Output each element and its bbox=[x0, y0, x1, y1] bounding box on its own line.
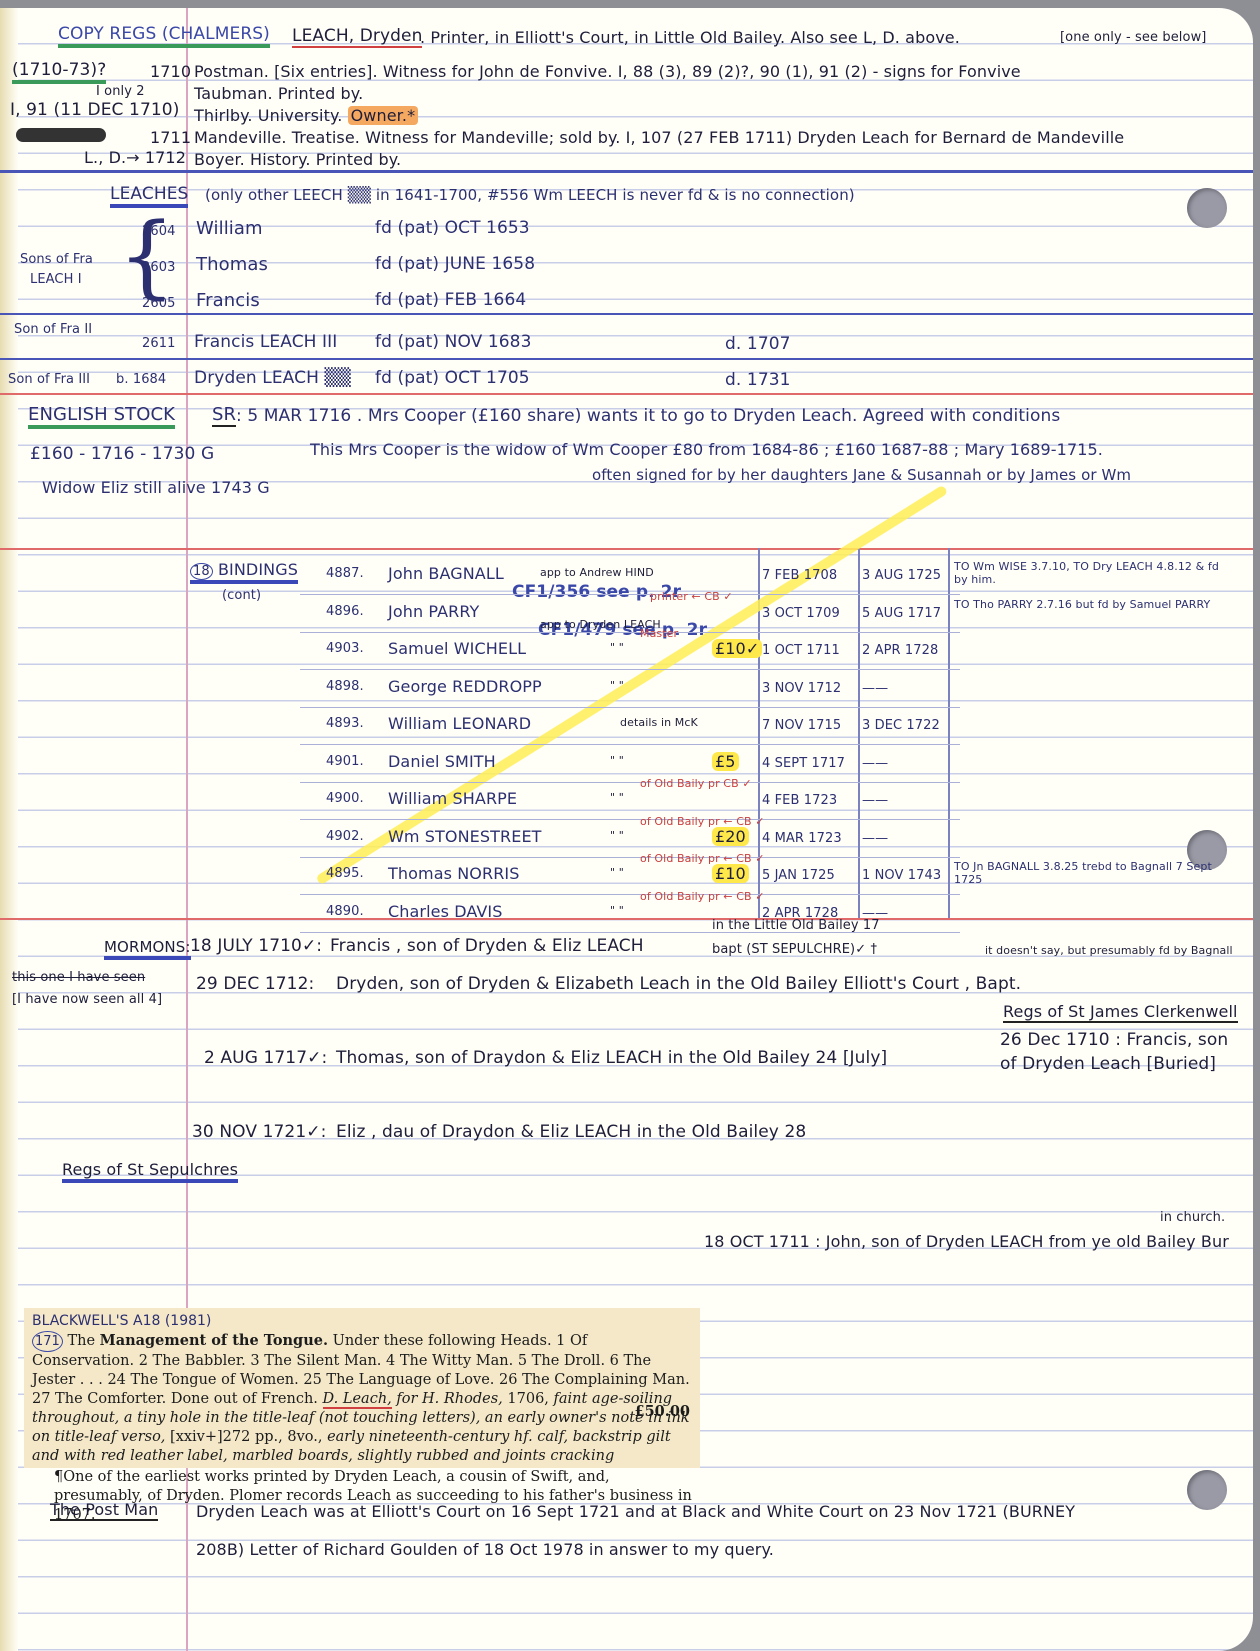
divider bbox=[0, 393, 1253, 395]
binding-freed-date: 3 AUG 1725 bbox=[862, 568, 941, 583]
leach-num: 2603 bbox=[142, 260, 175, 275]
years-note: I only 2 bbox=[96, 84, 145, 99]
binding-fee: £20 bbox=[712, 827, 749, 846]
mormon-entry-2-text: Dryden, son of Dryden & Elizabeth Leach … bbox=[336, 974, 1021, 994]
mormon-entry-1-text: Francis , son of Dryden & Eliz LEACH bbox=[330, 936, 644, 956]
entry-mandeville: Mandeville. Treatise. Witness for Mandev… bbox=[194, 128, 1124, 147]
entry-postman: Postman. [Six entries]. Witness for John… bbox=[194, 62, 1021, 81]
son-fra-ii-label: Son of Fra II bbox=[14, 322, 92, 337]
mormon-entry-4-date: 30 NOV 1721✓: bbox=[192, 1122, 326, 1142]
binding-red-note: Master bbox=[640, 627, 678, 640]
ld-ref: L., D.→ 1712 bbox=[84, 148, 186, 167]
lot-number: 171 bbox=[32, 1331, 63, 1352]
son-fra-iii-death: d. 1731 bbox=[725, 370, 791, 390]
leach-num: 2605 bbox=[142, 296, 175, 311]
sepulchres-heading: Regs of St Sepulchres bbox=[62, 1160, 238, 1183]
subject-description: . Printer, in Elliott's Court, in Little… bbox=[420, 28, 960, 47]
binding-note: " " bbox=[610, 754, 624, 767]
binding-bound-date: 1 OCT 1711 bbox=[762, 643, 840, 658]
mormon-entry-1-tail: bapt (ST SEPULCHRE)✓ † bbox=[712, 942, 877, 957]
stock-amount: £160 - 1716 - 1730 G bbox=[30, 444, 214, 464]
row-divider bbox=[300, 707, 960, 708]
divider bbox=[0, 358, 1253, 360]
row-divider bbox=[300, 744, 960, 745]
clipping-italic: for H. Rhodes, bbox=[392, 1391, 508, 1407]
binding-freed-date: 3 DEC 1722 bbox=[862, 718, 940, 733]
margin-strikethrough-note: this one I have seen bbox=[12, 970, 145, 985]
postman-line1: Dryden Leach was at Elliott's Court on 1… bbox=[196, 1502, 1075, 1521]
mormon-entry-1-date: 18 JULY 1710✓: bbox=[190, 936, 322, 956]
binding-num: 4895. bbox=[326, 866, 364, 881]
binding-freed-date: —— bbox=[862, 831, 888, 846]
divider bbox=[0, 918, 1253, 920]
mormons-label: MORMONS: bbox=[104, 938, 191, 960]
row-divider bbox=[300, 782, 960, 783]
pub-year: 1706, bbox=[507, 1391, 549, 1407]
binding-name: William SHARPE bbox=[388, 789, 517, 808]
subject-name: LEACH, Dryden bbox=[292, 26, 422, 48]
leach-name: Thomas bbox=[196, 254, 268, 275]
row-divider bbox=[300, 819, 960, 820]
pages: [xxiv+]272 pp., 8vo., bbox=[170, 1429, 322, 1445]
binding-freed-date: —— bbox=[862, 793, 888, 808]
son-fra-ii-status: fd (pat) NOV 1683 bbox=[375, 332, 532, 352]
binding-red-note: of Old Baily pr ← CB ✓ bbox=[640, 890, 765, 903]
binding-remark: TO Jn BAGNALL 3.8.25 trebd to Bagnall 7 … bbox=[954, 860, 1234, 886]
binding-red-note: of Old Baily pr CB ✓ bbox=[640, 777, 752, 790]
clipping-body: 171 The Management of the Tongue. Under … bbox=[32, 1331, 692, 1466]
binding-bound-date: 4 FEB 1723 bbox=[762, 793, 837, 808]
son-fra-ii-death: d. 1707 bbox=[725, 334, 791, 354]
english-stock-line2: This Mrs Cooper is the widow of Wm Coope… bbox=[310, 440, 1103, 459]
sepulchres-super: in church. bbox=[1160, 1210, 1225, 1225]
binding-name: Samuel WICHELL bbox=[388, 639, 526, 658]
binding-num: 4893. bbox=[326, 716, 364, 731]
title-prefix: The bbox=[67, 1333, 99, 1349]
binding-bound-date: 3 NOV 1712 bbox=[762, 681, 841, 696]
row-divider bbox=[300, 594, 960, 595]
binding-bound-date: 7 NOV 1715 bbox=[762, 718, 841, 733]
binding-red-note: of Old Baily pr ← CB ✓ bbox=[640, 815, 765, 828]
son-fra-ii-name: Francis LEACH III bbox=[194, 332, 337, 352]
binding-name: John BAGNALL bbox=[388, 564, 504, 583]
english-stock-line3: often signed for by her daughters Jane &… bbox=[592, 466, 1131, 484]
mormon-entry-1-super: in the Little Old Bailey 17 bbox=[712, 918, 880, 933]
leach-name: William bbox=[196, 218, 263, 239]
binding-bound-date: 5 JAN 1725 bbox=[762, 868, 835, 883]
binding-num: 4902. bbox=[326, 829, 364, 844]
group-label: Sons of Fra bbox=[20, 252, 93, 267]
clipping-header: BLACKWELL'S A18 (1981) bbox=[32, 1312, 692, 1331]
leach-status: fd (pat) FEB 1664 bbox=[375, 290, 526, 310]
binding-red-note: printer ← CB ✓ bbox=[650, 590, 733, 603]
binding-fee: £5 bbox=[712, 752, 739, 771]
divider bbox=[0, 548, 1253, 550]
ref-date: I, 91 (11 DEC 1710) bbox=[10, 100, 179, 120]
binding-note: details in McK bbox=[620, 716, 698, 729]
binding-freed-date: 1 NOV 1743 bbox=[862, 868, 941, 883]
punch-hole-top bbox=[1187, 188, 1227, 228]
mormon-entry-4-text: Eliz , dau of Draydon & Eliz LEACH in th… bbox=[336, 1122, 806, 1142]
son-fra-iii-label: Son of Fra III bbox=[8, 372, 90, 387]
binding-name: George REDDROPP bbox=[388, 677, 542, 696]
entry-thirlby: Thirlby. University. Owner.* bbox=[194, 106, 418, 125]
binding-bound-date: 4 SEPT 1717 bbox=[762, 756, 845, 771]
divider bbox=[0, 170, 1253, 173]
binding-note: " " bbox=[610, 904, 624, 917]
entry-year-1710: 1710 bbox=[150, 62, 191, 81]
bracket-note: [one only - see below] bbox=[1060, 30, 1206, 45]
binding-freed-date: 5 AUG 1717 bbox=[862, 606, 941, 621]
mormon-entry-3-date: 2 AUG 1717✓: bbox=[204, 1048, 327, 1068]
clerkenwell-line2: of Dryden Leach [Buried] bbox=[1000, 1054, 1216, 1074]
divider bbox=[0, 313, 1253, 315]
binding-num: 4903. bbox=[326, 641, 364, 656]
sr-label: SR bbox=[212, 404, 236, 427]
binding-note: " " bbox=[610, 866, 624, 879]
entry-thirlby-text: Thirlby. University. bbox=[194, 106, 342, 125]
row-divider bbox=[300, 894, 960, 895]
son-fra-iii-name: Dryden LEACH ▒▒ bbox=[194, 368, 351, 388]
punch-hole-bottom bbox=[1187, 1470, 1227, 1510]
catalogue-clipping: BLACKWELL'S A18 (1981) 171 The Managemen… bbox=[24, 1308, 700, 1468]
entry-boyer: Boyer. History. Printed by. bbox=[194, 150, 401, 169]
binding-num: 4900. bbox=[326, 791, 364, 806]
binding-fee: £10✓ bbox=[712, 639, 762, 658]
binding-note: " " bbox=[610, 679, 624, 692]
clerkenwell-line1: 26 Dec 1710 : Francis, son bbox=[1000, 1030, 1228, 1050]
copy-regs-heading: COPY REGS (CHALMERS) bbox=[58, 24, 270, 48]
english-stock-line1: : 5 MAR 1716 . Mrs Cooper (£160 share) w… bbox=[236, 406, 1060, 426]
mormon-entry-2-date: 29 DEC 1712: bbox=[196, 974, 314, 994]
binding-name: Thomas NORRIS bbox=[388, 864, 520, 883]
scribbled-out-text bbox=[16, 128, 106, 142]
row-divider bbox=[300, 669, 960, 670]
price: £50.00 bbox=[635, 1402, 691, 1421]
binding-num: 4898. bbox=[326, 679, 364, 694]
row-divider bbox=[300, 857, 960, 858]
binding-bound-date: 4 MAR 1723 bbox=[762, 831, 842, 846]
binding-num: 4901. bbox=[326, 754, 364, 769]
column-divider bbox=[858, 548, 860, 918]
owner-highlight: Owner.* bbox=[348, 106, 419, 125]
binding-note: " " bbox=[610, 791, 624, 804]
widow-note: Widow Eliz still alive 1743 G bbox=[42, 478, 270, 497]
binding-note: " " bbox=[610, 641, 624, 654]
binding-red-note: of Old Baily pr ← CB ✓ bbox=[640, 852, 765, 865]
binding-note: app to Andrew HIND bbox=[540, 566, 654, 579]
printer-name: D. Leach, bbox=[323, 1391, 392, 1409]
binding-freed-date: —— bbox=[862, 756, 888, 771]
binding-name: Daniel SMITH bbox=[388, 752, 496, 771]
row-divider bbox=[300, 632, 960, 633]
leach-num: 2604 bbox=[142, 224, 175, 239]
english-stock-heading: ENGLISH STOCK bbox=[28, 404, 175, 429]
group-label-2: LEACH I bbox=[30, 272, 82, 287]
binding-freed-date: —— bbox=[862, 681, 888, 696]
binding-name: Wm STONESTREET bbox=[388, 827, 542, 846]
binding-remark: TO Tho PARRY 2.7.16 but fd by Samuel PAR… bbox=[954, 598, 1234, 611]
bindings-heading: 18 BINDINGS bbox=[190, 560, 298, 584]
son-fra-ii-num: 2611 bbox=[142, 336, 175, 351]
binding-num: 4896. bbox=[326, 604, 364, 619]
binding-num: 4890. bbox=[326, 904, 364, 919]
mormon-entry-3-text: Thomas, son of Draydon & Eliz LEACH in t… bbox=[336, 1048, 887, 1068]
entry-year-1711: 1711 bbox=[150, 128, 191, 147]
binding-bound-date: 3 OCT 1709 bbox=[762, 606, 840, 621]
son-fra-iii-born: b. 1684 bbox=[116, 372, 166, 387]
binding-name: William LEONARD bbox=[388, 714, 531, 733]
son-fra-iii-status: fd (pat) OCT 1705 bbox=[375, 368, 530, 388]
book-title: Management of the Tongue. bbox=[100, 1332, 328, 1349]
years-range: (1710-73)? bbox=[12, 60, 106, 84]
entry-taubman: Taubman. Printed by. bbox=[194, 84, 363, 103]
leach-status: fd (pat) JUNE 1658 bbox=[375, 254, 535, 274]
bindings-subtitle: (cont) bbox=[222, 588, 261, 603]
binding-num: 4887. bbox=[326, 566, 364, 581]
postman-line2: 208B) Letter of Richard Goulden of 18 Oc… bbox=[196, 1540, 774, 1559]
binding-freed-date: 2 APR 1728 bbox=[862, 643, 938, 658]
binding-name: John PARRY bbox=[388, 602, 479, 621]
notebook-page: COPY REGS (CHALMERS) LEACH, Dryden . Pri… bbox=[0, 8, 1253, 1651]
bindings-circle-num: 18 bbox=[190, 563, 213, 580]
leaches-note: (only other LEECH ▒▒ in 1641-1700, #556 … bbox=[205, 186, 855, 204]
column-divider bbox=[948, 548, 950, 918]
binding-bound-date: 7 FEB 1708 bbox=[762, 568, 837, 583]
leach-status: fd (pat) OCT 1653 bbox=[375, 218, 530, 238]
margin-note: [I have now seen all 4] bbox=[12, 992, 162, 1007]
leach-name: Francis bbox=[196, 290, 260, 311]
clerkenwell-heading: Regs of St James Clerkenwell bbox=[1003, 1002, 1238, 1023]
bindings-title: BINDINGS bbox=[218, 560, 298, 579]
postman-heading: The Post Man bbox=[50, 1500, 158, 1521]
binding-remark: TO Wm WISE 3.7.10, TO Dry LEACH 4.8.12 &… bbox=[954, 560, 1234, 586]
sepulchres-entry: 18 OCT 1711 : John, son of Dryden LEACH … bbox=[704, 1232, 1229, 1251]
bagnall-side-note: it doesn't say, but presumably fd by Bag… bbox=[985, 944, 1233, 957]
binding-note: " " bbox=[610, 829, 624, 842]
binding-fee: £10 bbox=[712, 864, 749, 883]
